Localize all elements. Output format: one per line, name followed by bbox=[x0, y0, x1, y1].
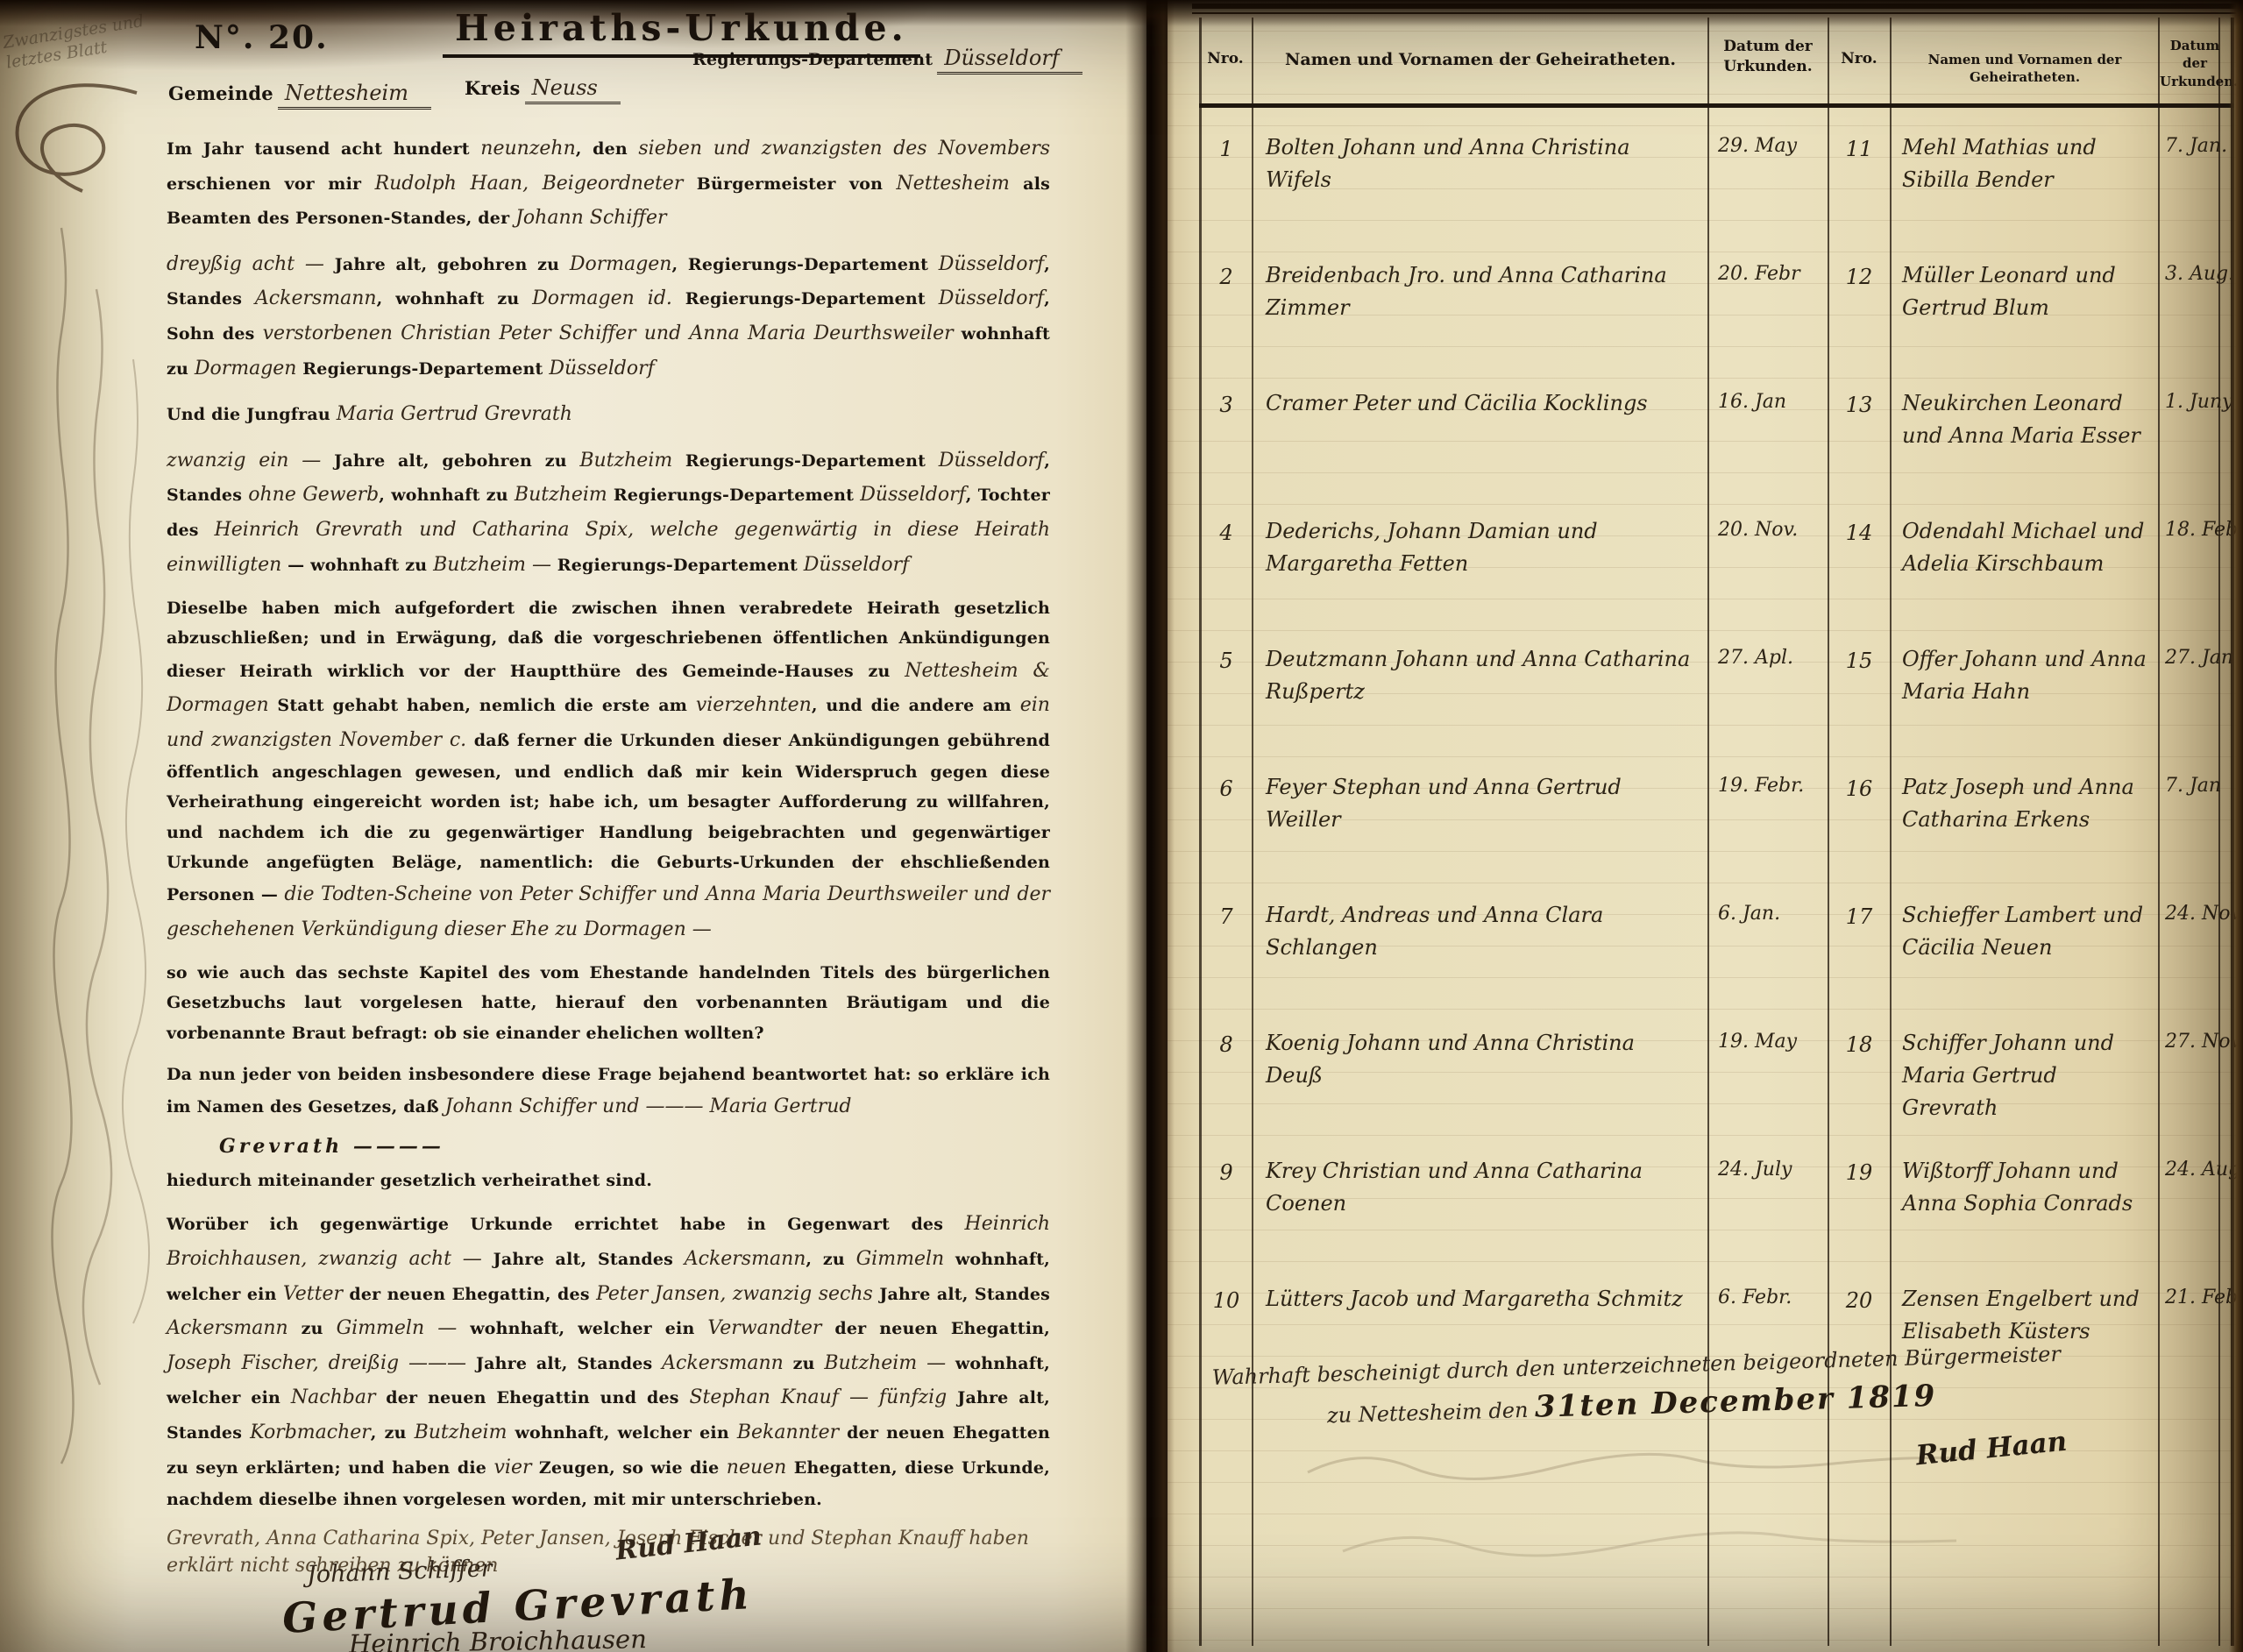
printed-text: der neuen Ehegattin, bbox=[821, 1319, 1050, 1338]
row-number: 4 bbox=[1201, 521, 1252, 545]
table-header-2: Datum der Urkunden. bbox=[1709, 37, 1827, 77]
handwritten-text: Ackersmann bbox=[255, 287, 377, 309]
row-number: 7 bbox=[1201, 904, 1252, 929]
printed-text: wohnhaft, welcher ein bbox=[457, 1319, 707, 1338]
gemeinde-label: Gemeinde bbox=[168, 82, 273, 104]
printed-text: wohnhaft, welcher ein bbox=[507, 1423, 736, 1443]
printed-text: Zeugen, so wie die bbox=[532, 1458, 727, 1478]
handwritten-text: Dormagen id. bbox=[532, 287, 672, 309]
table-top-border-inner bbox=[1192, 12, 2237, 14]
row-number: 10 bbox=[1201, 1288, 1252, 1313]
row-names: Feyer Stephan und Anna Gertrud Weiller bbox=[1266, 771, 1691, 836]
handwritten-text: Ackersmann bbox=[662, 1352, 784, 1374]
row-names: Offer Johann und Anna Maria Hahn bbox=[1902, 643, 2153, 708]
printed-text: hiedurch miteinander gesetzlich verheira… bbox=[167, 1171, 652, 1190]
row-number: 8 bbox=[1201, 1032, 1252, 1057]
handwritten-text: dreyßig acht — bbox=[167, 253, 335, 275]
handwritten-text: neunzehn bbox=[480, 138, 575, 160]
handwritten-text: Joseph Fischer, dreißig ——— bbox=[167, 1352, 476, 1374]
row-names: Krey Christian und Anna Catharina Coenen bbox=[1266, 1155, 1691, 1220]
printed-text: Bürgermeister von bbox=[683, 174, 896, 194]
printed-text: zu bbox=[784, 1354, 824, 1373]
marginal-flourish-paraph bbox=[5, 68, 163, 209]
printed-text: , wohnhaft zu bbox=[377, 289, 533, 308]
printed-text: Und die Jungfrau bbox=[167, 405, 337, 424]
row-date: 6. Febr. bbox=[1718, 1287, 1832, 1308]
row-names: Müller Leonard und Gertrud Blum bbox=[1902, 259, 2153, 324]
table-top-border bbox=[1192, 4, 2237, 9]
printed-text: Jahre alt, Standes bbox=[493, 1250, 685, 1269]
handwritten-text: zwanzig ein — bbox=[167, 450, 334, 471]
row-names: Wißtorff Johann und Anna Sophia Conrads bbox=[1902, 1155, 2153, 1220]
row-number: 14 bbox=[1830, 521, 1888, 545]
row-date: 24. July bbox=[1718, 1159, 1832, 1181]
handwritten-text: neuen bbox=[727, 1457, 787, 1478]
printed-text: Im Jahr tausend acht hundert bbox=[167, 139, 480, 159]
printed-text: , den bbox=[576, 139, 639, 159]
handwritten-text: Grevrath ———— bbox=[219, 1130, 1050, 1165]
row-date: 20. Nov. bbox=[1718, 519, 1832, 541]
row-number: 16 bbox=[1830, 776, 1888, 801]
printed-text: zu bbox=[288, 1319, 337, 1338]
handwritten-text: Düsseldorf bbox=[860, 484, 965, 506]
kreis-value: Neuss bbox=[525, 75, 621, 104]
table-header-1: Namen und Vornamen der Geheiratheten. bbox=[1253, 49, 1707, 72]
certification-note: Wahrhaft bescheinigt durch den unterzeic… bbox=[1211, 1337, 2213, 1481]
row-names: Schiffer Johann und Maria Gertrud Grevra… bbox=[1902, 1027, 2153, 1125]
handwritten-text: Düsseldorf bbox=[939, 253, 1044, 275]
handwritten-text: Ackersmann bbox=[167, 1317, 288, 1339]
row-names: Breidenbach Jro. und Anna Catharina Zimm… bbox=[1266, 259, 1691, 324]
printed-text: der neuen Ehegattin, des bbox=[343, 1285, 596, 1304]
certification-signature: Rud Haan bbox=[1914, 1411, 2214, 1471]
regdept-value: Düsseldorf bbox=[937, 46, 1082, 74]
sheet-note: Zwanzigstes und letztes Blatt bbox=[2, 2, 207, 73]
printed-text: Regierungs-Departement bbox=[672, 451, 939, 471]
row-number: 5 bbox=[1201, 649, 1252, 673]
handwritten-text: Düsseldorf bbox=[939, 287, 1044, 309]
handwritten-text: Butzheim bbox=[415, 1422, 508, 1443]
handwritten-text: Stephan Knauf — fünfzig bbox=[689, 1386, 957, 1408]
regdept-label: Regierungs-Departement bbox=[692, 50, 933, 69]
handwritten-text: Butzheim — bbox=[433, 554, 551, 576]
announcement-paragraph: Dieselbe haben mich aufgefordert die zwi… bbox=[167, 593, 1050, 947]
printed-text: der neuen Ehegattin und des bbox=[375, 1388, 689, 1407]
marginalia-handwriting bbox=[35, 219, 175, 1586]
illiteracy-note: Grevrath, Anna Catharina Spix, Peter Jan… bbox=[167, 1526, 1050, 1580]
book-photo: { "colors": { "paper": "#efe8d2", "paper… bbox=[0, 0, 2243, 1652]
witnesses-paragraph: Worüber ich gegenwärtige Urkunde erricht… bbox=[167, 1207, 1050, 1514]
handwritten-text: Vetter bbox=[283, 1283, 343, 1305]
handwritten-text: Gimmeln — bbox=[337, 1317, 458, 1339]
printed-text: , zu bbox=[806, 1250, 855, 1269]
printed-text: , wohnhaft zu bbox=[379, 486, 515, 505]
handwritten-text: ohne Gewerb bbox=[248, 484, 379, 506]
document-number: N°. 20. bbox=[195, 19, 329, 56]
row-number: 9 bbox=[1201, 1160, 1252, 1185]
regierungs-departement-field: Regierungs-Departement Düsseldorf bbox=[692, 46, 1082, 70]
handwritten-text: verstorbenen Christian Peter Schiffer un… bbox=[263, 323, 954, 344]
bride-paragraph: zwanzig ein — Jahre alt, gebohren zu But… bbox=[167, 443, 1050, 582]
handwritten-text: Butzheim bbox=[515, 484, 607, 506]
handwritten-text: Dormagen bbox=[570, 253, 672, 275]
printed-text: Jahre alt, Standes bbox=[879, 1285, 1050, 1304]
handwritten-text: Gimmeln bbox=[856, 1248, 945, 1270]
table-header-0: Nro. bbox=[1199, 49, 1252, 69]
handwritten-text: Johann Schiffer und ——— Maria Gertrud bbox=[445, 1095, 852, 1117]
certificate-body: Im Jahr tausend acht hundert neunzehn, d… bbox=[167, 131, 1050, 1592]
table-header-separator bbox=[1199, 103, 2234, 108]
row-number: 11 bbox=[1830, 137, 1888, 161]
printed-text: Jahre alt, gebohren zu bbox=[335, 255, 570, 274]
handwritten-text: die Todten-Scheine von Peter Schiffer un… bbox=[167, 883, 1050, 940]
row-names: Patz Joseph und Anna Catharina Erkens bbox=[1902, 771, 2153, 836]
handwritten-text: Peter Jansen, zwanzig sechs bbox=[596, 1283, 879, 1305]
row-number: 13 bbox=[1830, 393, 1888, 417]
row-number: 12 bbox=[1830, 265, 1888, 289]
row-names: Dederichs, Johann Damian und Margaretha … bbox=[1266, 515, 1691, 580]
groom-paragraph: dreyßig acht — Jahre alt, gebohren zu Do… bbox=[167, 247, 1050, 386]
handwritten-text: Butzheim — bbox=[824, 1352, 946, 1374]
row-number: 20 bbox=[1830, 1288, 1888, 1313]
table-header-4: Namen und Vornamen der Geheiratheten. bbox=[1892, 51, 2158, 87]
signature-witness: Heinrich Broichhausen bbox=[349, 1624, 647, 1652]
printed-text: Regierungs-Departement bbox=[672, 289, 939, 308]
handwritten-text: Nachbar bbox=[291, 1386, 376, 1408]
kreis-label: Kreis bbox=[465, 77, 520, 99]
handwritten-text: Bekannter bbox=[737, 1422, 839, 1443]
declaration-paragraph: Da nun jeder von beiden insbesondere die… bbox=[167, 1060, 1050, 1196]
handwritten-text: Grevrath, Anna Catharina Spix, Peter Jan… bbox=[167, 1528, 1029, 1577]
handwritten-text: Korbmacher bbox=[250, 1422, 371, 1443]
row-number: 17 bbox=[1830, 904, 1888, 929]
printed-text: daß ferner die Urkunden dieser Ankündigu… bbox=[167, 731, 1050, 904]
register-page: Nro.Namen und Vornamen der Geheiratheten… bbox=[1168, 0, 2243, 1652]
row-date: 6. Jan. bbox=[1718, 903, 1832, 925]
row-names: Hardt, Andreas und Anna Clara Schlangen bbox=[1266, 899, 1691, 964]
certification-date: 31ten December 1819 bbox=[1534, 1379, 1936, 1425]
row-names: Koenig Johann und Anna Christina Deuß bbox=[1266, 1027, 1691, 1092]
row-names: Neukirchen Leonard und Anna Maria Esser bbox=[1902, 387, 2153, 452]
row-names: Lütters Jacob und Margaretha Schmitz bbox=[1266, 1283, 1691, 1315]
handwritten-text: Nettesheim bbox=[896, 173, 1009, 195]
handwritten-text: Butzheim bbox=[579, 450, 672, 471]
printed-text: Regierungs-Departement bbox=[607, 486, 861, 505]
row-date: 27. Apl. bbox=[1718, 647, 1832, 669]
row-date: 19. Febr. bbox=[1718, 775, 1832, 797]
handwritten-text: vier bbox=[493, 1457, 531, 1478]
printed-text: , Regierungs-Departement bbox=[671, 255, 938, 274]
printed-text: Regierungs-Departement bbox=[551, 556, 804, 575]
row-number: 2 bbox=[1201, 265, 1252, 289]
row-number: 19 bbox=[1830, 1160, 1888, 1185]
row-number: 18 bbox=[1830, 1032, 1888, 1057]
kreis-field: Kreis Neuss bbox=[465, 75, 621, 100]
row-date: 16. Jan bbox=[1718, 391, 1832, 413]
handwritten-text: Johann Schiffer bbox=[515, 207, 666, 229]
row-names: Odendahl Michael und Adelia Kirschbaum bbox=[1902, 515, 2153, 580]
printed-text: Worüber ich gegenwärtige Urkunde erricht… bbox=[167, 1215, 965, 1234]
printed-text: Statt gehabt haben, nemlich die erste am bbox=[269, 696, 696, 715]
table-column-line bbox=[2218, 18, 2220, 1646]
row-names: Zensen Engelbert und Elisabeth Küsters bbox=[1902, 1283, 2153, 1348]
row-number: 15 bbox=[1830, 649, 1888, 673]
printed-text: , zu bbox=[371, 1423, 415, 1443]
row-names: Bolten Johann und Anna Christina Wifels bbox=[1266, 131, 1691, 196]
intro-paragraph: Im Jahr tausend acht hundert neunzehn, d… bbox=[167, 131, 1050, 236]
certificate-page: Zwanzigstes und letztes Blatt N°. 20. He… bbox=[0, 0, 1146, 1652]
printed-text: Jahre alt, gebohren zu bbox=[334, 451, 579, 471]
certification-place: zu Nettesheim den bbox=[1327, 1398, 1529, 1428]
row-date: 29. May bbox=[1718, 135, 1832, 157]
row-date: 20. Febr bbox=[1718, 263, 1832, 285]
row-number: 6 bbox=[1201, 776, 1252, 801]
book-edge bbox=[2229, 0, 2243, 1652]
gemeinde-field: Gemeinde Nettesheim bbox=[168, 81, 431, 105]
handwritten-text: Maria Gertrud Grevrath bbox=[337, 403, 572, 425]
printed-text: , und die andere am bbox=[812, 696, 1020, 715]
table-column-line bbox=[1199, 18, 1202, 1646]
row-names: Mehl Mathias und Sibilla Bender bbox=[1902, 131, 2153, 196]
row-number: 3 bbox=[1201, 393, 1252, 417]
printed-text: Jahre alt, Standes bbox=[476, 1354, 662, 1373]
row-date: 19. May bbox=[1718, 1031, 1832, 1053]
handwritten-text: Verwandter bbox=[707, 1317, 821, 1339]
handwritten-text: vierzehnten bbox=[696, 694, 812, 716]
table-header-3: Nro. bbox=[1829, 49, 1889, 69]
printed-text: — wohnhaft zu bbox=[281, 556, 433, 575]
row-number: 1 bbox=[1201, 137, 1252, 161]
handwritten-text: sieben und zwanzigsten des Novembers bbox=[638, 138, 1050, 160]
printed-text: erschienen vor mir bbox=[167, 174, 375, 194]
handwritten-text: Rudolph Haan, Beigeordneter bbox=[375, 173, 684, 195]
handwritten-text: Düsseldorf bbox=[549, 358, 654, 379]
book-gutter bbox=[1125, 0, 1175, 1652]
handwritten-text: Dormagen bbox=[195, 358, 297, 379]
handwritten-text: Ackersmann bbox=[685, 1248, 806, 1270]
gemeinde-value: Nettesheim bbox=[278, 81, 431, 110]
table-header-5: Datum der Urkunden. bbox=[2160, 37, 2230, 90]
row-names: Cramer Peter und Cäcilia Kocklings bbox=[1266, 387, 1691, 420]
row-names: Schieffer Lambert und Cäcilia Neuen bbox=[1902, 899, 2153, 964]
handwritten-text: Düsseldorf bbox=[804, 554, 909, 576]
handwritten-text: Düsseldorf bbox=[939, 450, 1044, 471]
printed-text: Regierungs-Departement bbox=[296, 359, 549, 379]
row-names: Deutzmann Johann und Anna Catharina Rußp… bbox=[1266, 643, 1691, 708]
codebook-paragraph: so wie auch das sechste Kapitel des vom … bbox=[167, 958, 1050, 1048]
bride-intro-paragraph: Und die Jungfrau Maria Gertrud Grevrath bbox=[167, 397, 1050, 432]
printed-text: so wie auch das sechste Kapitel des vom … bbox=[167, 963, 1050, 1042]
